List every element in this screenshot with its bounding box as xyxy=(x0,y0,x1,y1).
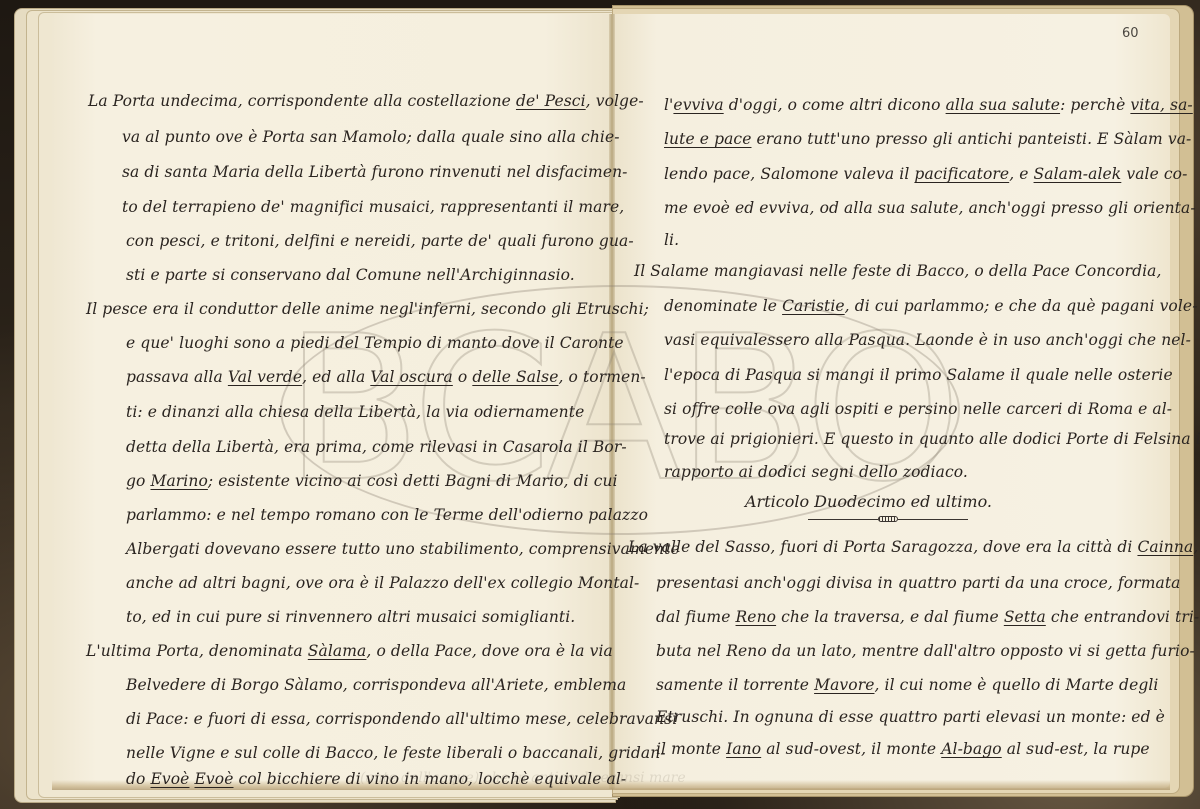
manuscript-line: rapporto ai dodici segni dello zodiaco. xyxy=(664,463,968,481)
manuscript-line: vasi equivalessero alla Pasqua. Laonde è… xyxy=(664,331,1191,349)
manuscript-line: presentasi anch'oggi divisa in quattro p… xyxy=(656,574,1181,592)
manuscript-line: Il Salame mangiavasi nelle feste di Bacc… xyxy=(634,262,1162,280)
underlined-term: Al-bago xyxy=(941,740,1002,758)
underlined-term: pacificatore xyxy=(914,165,1009,183)
manuscript-line: l'evviva d'oggi, o come altri dicono all… xyxy=(664,96,1193,114)
manuscript-line: l'epoca di Pasqua si mangi il primo Sala… xyxy=(664,366,1173,384)
manuscript-line: La valle del Sasso, fuori di Porta Sarag… xyxy=(628,538,1198,556)
manuscript-line: dal fiume Reno che la traversa, e dal fi… xyxy=(656,608,1199,626)
divider-rule xyxy=(808,519,878,520)
underlined-term: Mavore xyxy=(814,676,874,694)
underlined-term: vita, sa- xyxy=(1130,96,1192,114)
right-page-text: l'evviva d'oggi, o come altri dicono all… xyxy=(0,0,1200,809)
manuscript-line: trove ai prigionieri. E questo in quanto… xyxy=(664,430,1200,448)
article-heading: Articolo Duodecimo ed ultimo. xyxy=(745,492,992,511)
underlined-term: alla sua salute xyxy=(946,96,1060,114)
divider-ornament-icon xyxy=(878,516,898,522)
manuscript-line: samente il torrente Mavore, il cui nome … xyxy=(656,676,1158,694)
manuscript-line: buta nel Reno da un lato, mentre dall'al… xyxy=(656,642,1195,660)
underlined-term: Salam-alek xyxy=(1034,165,1122,183)
underlined-term: Cainna xyxy=(1137,538,1193,556)
manuscript-line: si offre colle ova agli ospiti e persino… xyxy=(664,400,1172,418)
ornamental-divider xyxy=(808,516,968,522)
underlined-term: Setta xyxy=(1004,608,1046,626)
underlined-term: lute e pace xyxy=(664,130,752,148)
manuscript-line: denominate le Caristie, di cui parlammo;… xyxy=(664,297,1198,315)
manuscript-line: il monte Iano al sud-ovest, il monte Al-… xyxy=(656,740,1150,758)
manuscript-line: lendo pace, Salomone valeva il pacificat… xyxy=(664,165,1187,183)
manuscript-line: me evoè ed evviva, od alla sua salute, a… xyxy=(664,199,1196,217)
underlined-term: evviva xyxy=(673,96,723,114)
underlined-term: Reno xyxy=(736,608,777,626)
manuscript-line: lute e pace erano tutt'uno presso gli an… xyxy=(664,130,1191,148)
manuscript-line: li. xyxy=(664,231,679,249)
divider-rule xyxy=(898,519,968,520)
manuscript-line: Etruschi. In ognuna di esse quattro part… xyxy=(656,708,1165,726)
underlined-term: Iano xyxy=(726,740,761,758)
underlined-term: Caristie xyxy=(782,297,845,315)
